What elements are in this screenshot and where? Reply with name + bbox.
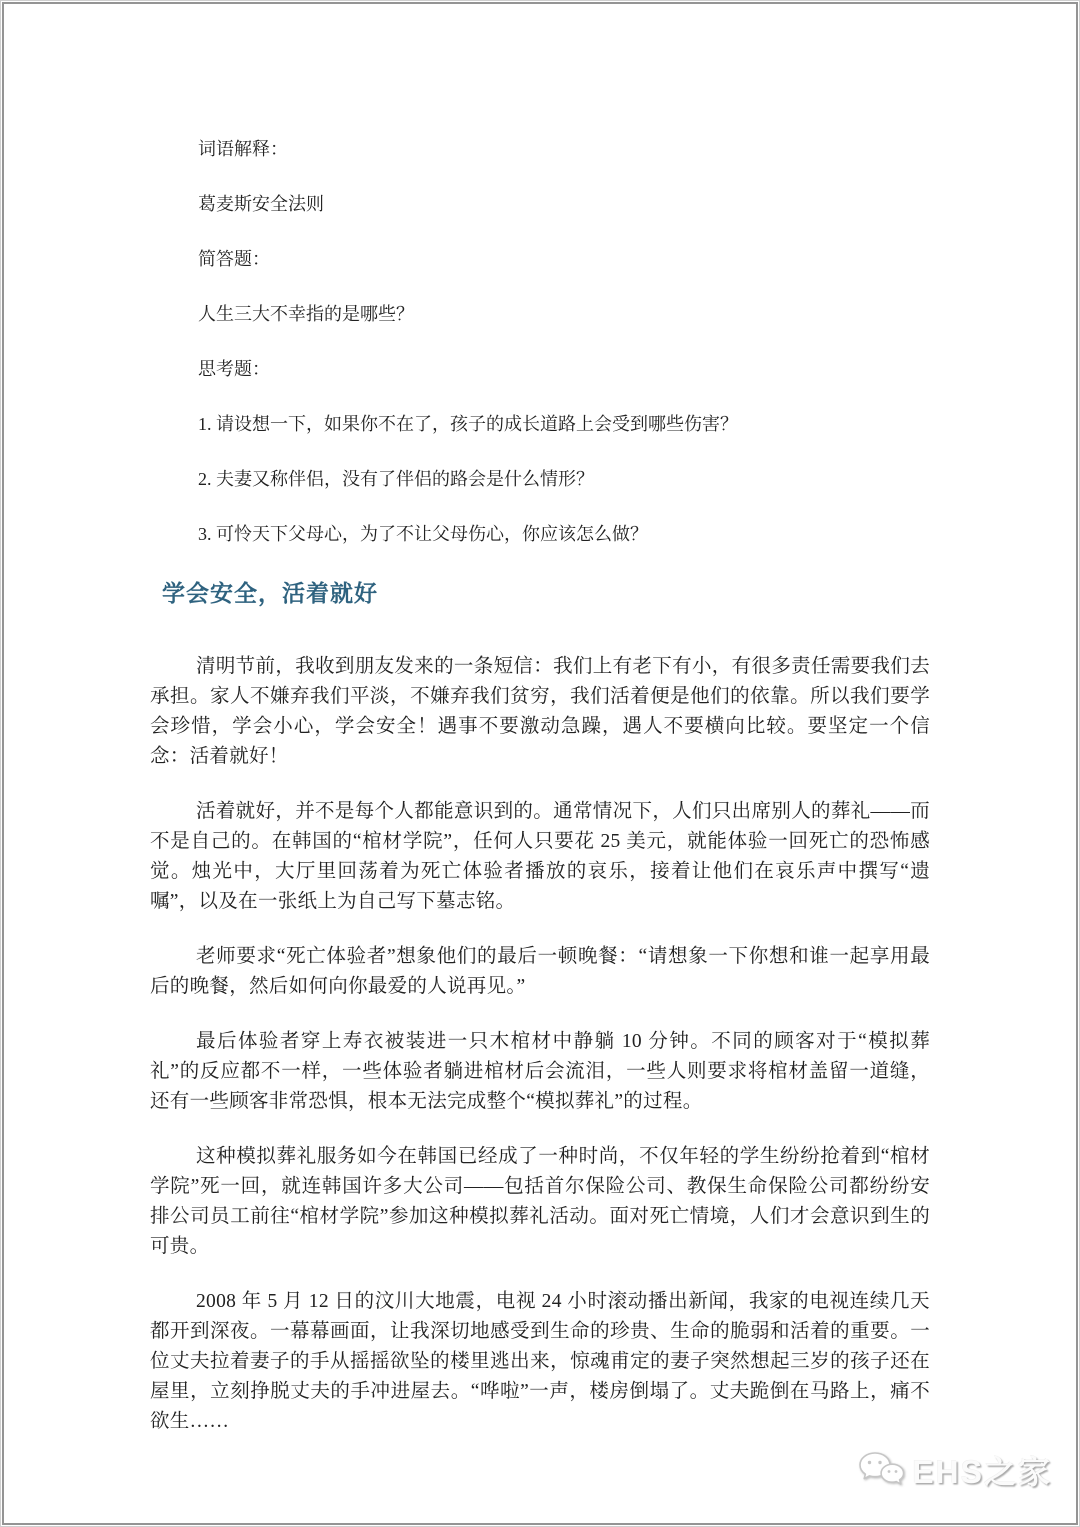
paragraph: 最后体验者穿上寿衣被装进一只木棺材中静躺 10 分钟。不同的顾客对于“模拟葬礼”…: [150, 1027, 930, 1117]
paragraph: 2008 年 5 月 12 日的汶川大地震，电视 24 小时滚动播出新闻，我家的…: [150, 1287, 930, 1437]
doc-line: 2. 夫妻又称伴侣，没有了伴侣的路会是什么情形？: [150, 468, 930, 490]
paragraph: 清明节前，我收到朋友发来的一条短信：我们上有老下有小，有很多责任需要我们去承担。…: [150, 652, 930, 772]
doc-line: 葛麦斯安全法则: [150, 193, 930, 215]
doc-line: 人生三大不幸指的是哪些？: [150, 303, 930, 325]
doc-line: 1. 请设想一下，如果你不在了，孩子的成长道路上会受到哪些伤害？: [150, 413, 930, 435]
doc-line: 词语解释：: [150, 138, 930, 160]
doc-line: 简答题：: [150, 248, 930, 270]
document-page: 词语解释： 葛麦斯安全法则 简答题： 人生三大不幸指的是哪些？ 思考题： 1. …: [0, 0, 1080, 1527]
doc-line: 3. 可怜天下父母心，为了不让父母伤心，你应该怎么做？: [150, 523, 930, 545]
page-content: 词语解释： 葛麦斯安全法则 简答题： 人生三大不幸指的是哪些？ 思考题： 1. …: [150, 138, 930, 1462]
watermark-label: EHS之家: [912, 1447, 1052, 1493]
wechat-logo-icon: [858, 1450, 904, 1490]
doc-line: 思考题：: [150, 358, 930, 380]
article-body: 清明节前，我收到朋友发来的一条短信：我们上有老下有小，有很多责任需要我们去承担。…: [150, 652, 930, 1437]
question-section: 词语解释： 葛麦斯安全法则 简答题： 人生三大不幸指的是哪些？ 思考题： 1. …: [150, 138, 930, 545]
section-heading: 学会安全，活着就好: [150, 578, 930, 608]
paragraph: 老师要求“死亡体验者”想象他们的最后一顿晚餐：“请想象一下你想和谁一起享用最后的…: [150, 942, 930, 1002]
paragraph: 这种模拟葬礼服务如今在韩国已经成了一种时尚，不仅年轻的学生纷纷抢着到“棺材学院”…: [150, 1142, 930, 1262]
watermark: EHS之家: [858, 1447, 1052, 1493]
paragraph: 活着就好，并不是每个人都能意识到的。通常情况下，人们只出席别人的葬礼——而不是自…: [150, 797, 930, 917]
